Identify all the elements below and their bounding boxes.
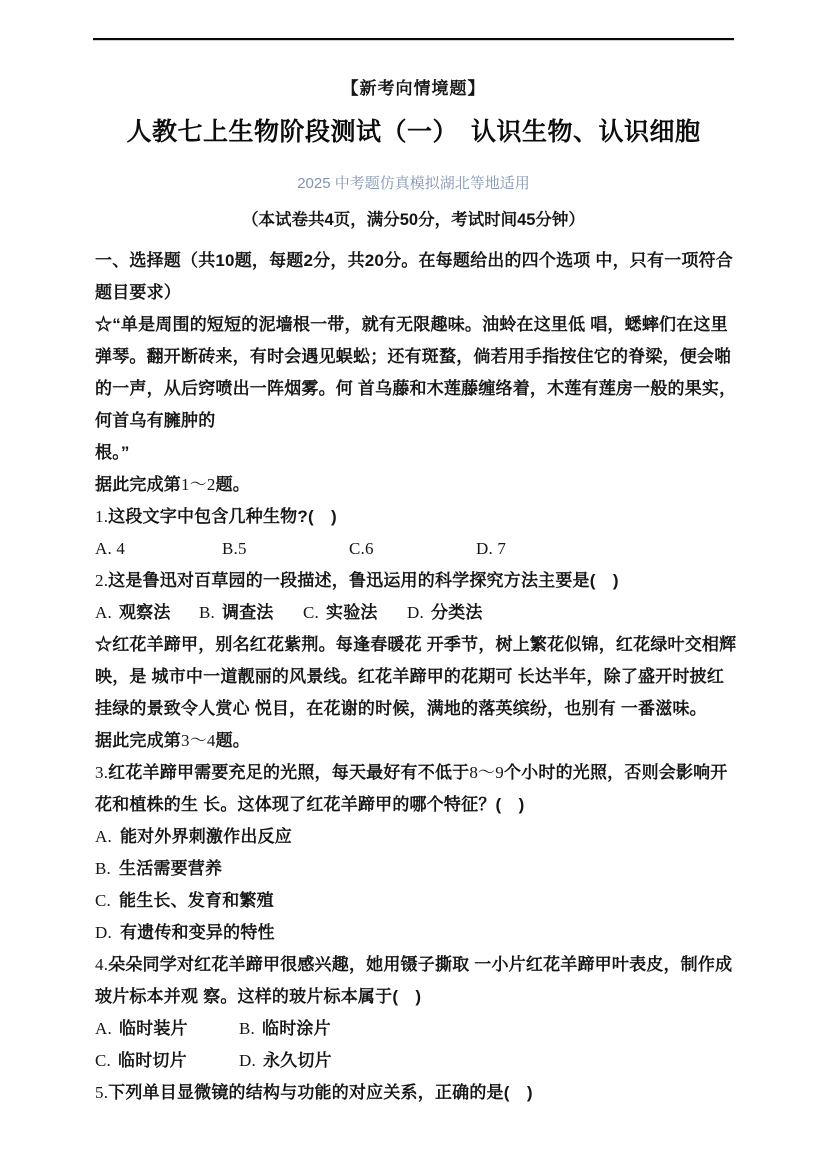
- question-range: 1～2: [181, 475, 216, 494]
- question-text: 红花羊蹄甲需要充足的光照，每天最好有不低于: [108, 763, 469, 782]
- option-label: A.: [95, 603, 112, 622]
- question-text: 个小时的光照，否则会影响开: [504, 763, 728, 782]
- option-text: 生活需要营养: [119, 859, 222, 878]
- passage1-line-2: 弹琴。翻开断砖来，有时会遇见蜈蚣；还有斑蝥，倘若用手指按住它的脊梁，便会啪: [95, 341, 755, 373]
- passage1-line-5: 根。”: [95, 437, 755, 469]
- option-text: 临时涂片: [262, 1019, 331, 1038]
- option-c: C.临时切片: [95, 1045, 239, 1077]
- text-segment: 据此完成第: [95, 731, 181, 750]
- option-a: A. 4: [95, 533, 222, 565]
- option-text: 分类法: [431, 603, 483, 622]
- option-text: 能对外界刺激作出反应: [120, 827, 292, 846]
- exam-subtitle: 2025 中考题仿真模拟湖北等地适用: [0, 172, 827, 193]
- question-2-stem: 2.这是鲁迅对百草园的一段描述，鲁迅运用的科学探究方法主要是( ): [95, 565, 755, 597]
- option-text: 实验法: [326, 603, 378, 622]
- option-label: B.: [199, 603, 215, 622]
- option-label: A.: [95, 827, 112, 846]
- question-3-stem-line-2: 花和植株的生 长。这体现了红花羊蹄甲的哪个特征？( ): [95, 789, 755, 821]
- option-label: D.: [407, 603, 424, 622]
- question-3-stem-line-1: 3.红花羊蹄甲需要充足的光照，每天最好有不低于8～9个小时的光照，否则会影响开: [95, 757, 755, 789]
- text-segment: 弹琴。翻开断砖来，有时会遇见蜈蚣；还有斑蝥，倘若用手指按住它的脊梁，便会啪: [95, 347, 731, 366]
- option-text: 临时切片: [118, 1051, 187, 1070]
- text-segment: ☆红花羊蹄甲，别名红花紫荆。每逢春暖花 开季节，树上繁花似锦，红花绿叶交相辉: [95, 635, 736, 654]
- option-label: C.: [303, 603, 319, 622]
- question-4-options-row-1: A.临时装片B.临时涂片: [95, 1013, 755, 1045]
- section-heading-line-2: 题目要求）: [95, 277, 755, 309]
- passage1-line-4: 何首乌有臃肿的: [95, 405, 755, 437]
- passage1-line-1: ☆“单是周围的短短的泥墙根一带，就有无限趣味。油蛉在这里低 唱，蟋蟀们在这里: [95, 309, 755, 341]
- question-2-options: A.观察法B.调查法C.实验法D.分类法: [95, 597, 755, 629]
- option-c: C.6: [349, 533, 476, 565]
- exam-body: 一、选择题（共10题，每题2分，共20分。在每题给出的四个选项 中，只有一项符合…: [95, 245, 755, 1109]
- question-text: 这段文字中包含几种生物?( ): [108, 507, 337, 526]
- text-segment: 题。: [216, 731, 250, 750]
- option-b: B.5: [222, 533, 349, 565]
- question-text: 朵朵同学对红花羊蹄甲很感兴趣，她用镊子撕取 一小片红花羊蹄甲叶表皮，制作成: [108, 955, 732, 974]
- passage1-line-3: 的一声，从后窍喷出一阵烟雾。何 首乌藤和木莲藤缠络着，木莲有莲房一般的果实，: [95, 373, 755, 405]
- header-divider: [93, 38, 734, 41]
- option-text: 永久切片: [263, 1051, 332, 1070]
- option-text: 临时装片: [119, 1019, 188, 1038]
- question-4-stem-line-1: 4.朵朵同学对红花羊蹄甲很感兴趣，她用镊子撕取 一小片红花羊蹄甲叶表皮，制作成: [95, 949, 755, 981]
- option-text: 观察法: [119, 603, 171, 622]
- text-segment: 根。”: [95, 443, 130, 462]
- passage2-line-3: 挂绿的景致令人赏心 悦目，在花谢的时候，满地的落英缤纷，也别有 一番滋味。: [95, 693, 755, 725]
- hours-range: 8～9: [469, 763, 504, 782]
- option-d: D.分类法: [407, 597, 483, 629]
- question-1-options: A. 4B.5C.6D. 7: [95, 533, 755, 565]
- option-text: 有遗传和变异的特性: [120, 923, 275, 942]
- question-text: 下列单目显微镜的结构与功能的对应关系，正确的是( ): [108, 1083, 533, 1102]
- option-text: 调查法: [222, 603, 274, 622]
- document-page: 【新考向情境题】 人教七上生物阶段测试（一） 认识生物、认识细胞 2025 中考…: [0, 0, 827, 1169]
- option-c: C.实验法: [303, 597, 407, 629]
- option-label: B.: [239, 1019, 255, 1038]
- option-d: D. 7: [476, 533, 506, 565]
- question-4-options-row-2: C.临时切片D.永久切片: [95, 1045, 755, 1077]
- question-text: 玻片标本并观 察。这样的玻片标本属于( ): [95, 987, 421, 1006]
- section-heading-line-1: 一、选择题（共10题，每题2分，共20分。在每题给出的四个选项 中，只有一项符合: [95, 245, 755, 277]
- question-range: 3～4: [181, 731, 216, 750]
- option-label: B.: [95, 859, 111, 878]
- option-label: C.: [95, 891, 111, 910]
- text-segment: 何首乌有臃肿的: [95, 411, 215, 430]
- text-segment: ☆“单是周围的短短的泥墙根一带，就有无限趣味。油蛉在这里低 唱，蟋蟀们在这里: [95, 315, 728, 334]
- text-segment: 一、选择题（共10题，每题2分，共20分。在每题给出的四个选项 中，只有一项符合: [95, 251, 733, 270]
- text-segment: 映，是 城市中一道靓丽的风景线。红花羊蹄甲的花期可 长达半年，除了盛开时披红: [95, 667, 724, 686]
- passage2-follow-up: 据此完成第3～4题。: [95, 725, 755, 757]
- option-d: D.永久切片: [239, 1045, 332, 1077]
- option-b: B.临时涂片: [239, 1013, 331, 1045]
- exam-tag: 【新考向情境题】: [0, 74, 827, 99]
- option-a: A.临时装片: [95, 1013, 239, 1045]
- text-segment: 题。: [216, 475, 250, 494]
- question-number: 4.: [95, 955, 108, 974]
- question-number: 3.: [95, 763, 108, 782]
- question-3-option-c: C.能生长、发育和繁殖: [95, 885, 755, 917]
- question-4-stem-line-2: 玻片标本并观 察。这样的玻片标本属于( ): [95, 981, 755, 1013]
- passage2-line-2: 映，是 城市中一道靓丽的风景线。红花羊蹄甲的花期可 长达半年，除了盛开时披红: [95, 661, 755, 693]
- exam-info: （本试卷共4页，满分50分，考试时间45分钟）: [0, 206, 827, 230]
- option-b: B.调查法: [199, 597, 303, 629]
- text-segment: 据此完成第: [95, 475, 181, 494]
- option-text: 能生长、发育和繁殖: [119, 891, 274, 910]
- question-3-option-d: D.有遗传和变异的特性: [95, 917, 755, 949]
- question-text: 这是鲁迅对百草园的一段描述，鲁迅运用的科学探究方法主要是( ): [108, 571, 619, 590]
- option-a: A.观察法: [95, 597, 199, 629]
- question-3-option-a: A.能对外界刺激作出反应: [95, 821, 755, 853]
- text-segment: 题目要求）: [95, 283, 181, 302]
- question-5-stem: 5.下列单目显微镜的结构与功能的对应关系，正确的是( ): [95, 1077, 755, 1109]
- text-segment: 的一声，从后窍喷出一阵烟雾。何 首乌藤和木莲藤缠络着，木莲有莲房一般的果实，: [95, 379, 736, 398]
- question-1-stem: 1.这段文字中包含几种生物?( ): [95, 501, 755, 533]
- question-number: 1.: [95, 507, 108, 526]
- passage2-line-1: ☆红花羊蹄甲，别名红花紫荆。每逢春暖花 开季节，树上繁花似锦，红花绿叶交相辉: [95, 629, 755, 661]
- exam-title: 人教七上生物阶段测试（一） 认识生物、认识细胞: [0, 112, 827, 148]
- option-label: D.: [239, 1051, 256, 1070]
- text-segment: 挂绿的景致令人赏心 悦目，在花谢的时候，满地的落英缤纷，也别有 一番滋味。: [95, 699, 707, 718]
- option-label: A.: [95, 1019, 112, 1038]
- question-text: 花和植株的生 长。这体现了红花羊蹄甲的哪个特征？( ): [95, 795, 524, 814]
- option-label: C.: [95, 1051, 111, 1070]
- question-number: 5.: [95, 1083, 108, 1102]
- question-3-option-b: B.生活需要营养: [95, 853, 755, 885]
- passage1-follow-up: 据此完成第1～2题。: [95, 469, 755, 501]
- question-number: 2.: [95, 571, 108, 590]
- option-label: D.: [95, 923, 112, 942]
